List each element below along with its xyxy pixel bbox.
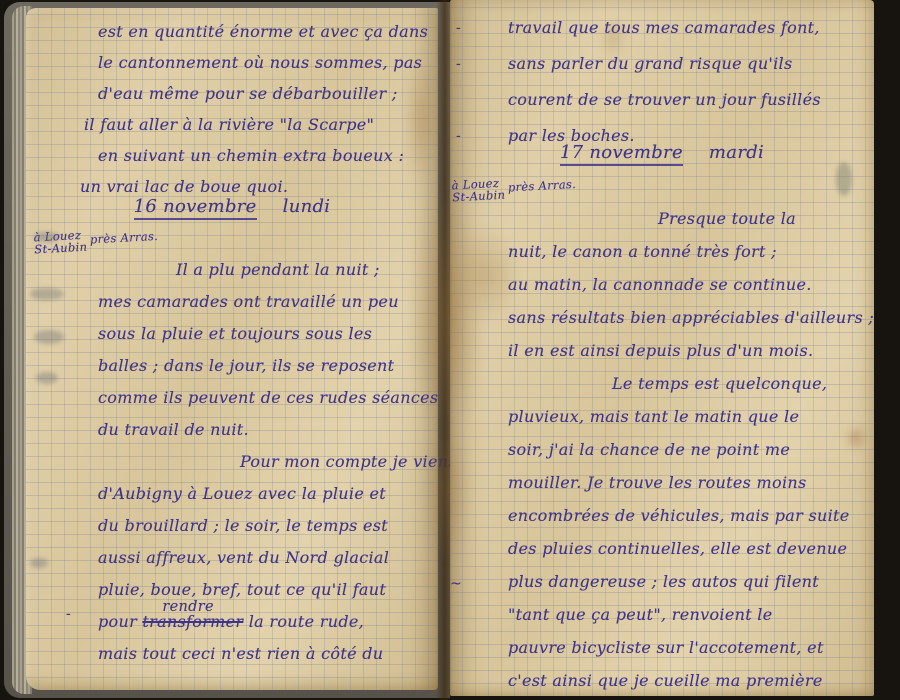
margin-tick: -: [66, 606, 71, 622]
handwritten-line: des pluies continuelles, elle est devenu…: [508, 532, 874, 565]
correction-line: pour rendre transformer la route rude,: [98, 606, 457, 638]
handwritten-line: d'Aubigny à Louez avec la pluie et: [98, 478, 457, 510]
entry-date: 16 novembre: [134, 196, 257, 220]
pencil-smudge: [30, 558, 48, 568]
handwritten-line: Presque toute la: [508, 202, 874, 235]
handwritten-line: plus dangereuse ; les autos qui filent: [508, 565, 874, 598]
left-paragraph-1: est en quantité énorme et avec ça dans l…: [98, 16, 428, 202]
handwritten-line: "tant que ça peut", renvoient le: [508, 598, 874, 631]
correction-group: rendre transformer: [142, 606, 243, 638]
margin-tick: -: [456, 20, 461, 36]
handwritten-line: sous la pluie et toujours sous les: [98, 318, 457, 350]
handwritten-line: du brouillard ; le soir, le temps est: [98, 510, 457, 542]
handwritten-line: aussi affreux, vent du Nord glacial: [98, 542, 457, 574]
pencil-smudge: [36, 372, 58, 384]
handwritten-line: est en quantité énorme et avec ça dans: [98, 16, 428, 47]
handwritten-line: Il a plu pendant la nuit ;: [98, 254, 457, 286]
entry-day: lundi: [283, 196, 331, 217]
handwritten-line: travail que tous mes camarades font,: [508, 10, 821, 46]
margin-note-line: St-Aubin: [34, 241, 88, 256]
pencil-smudge: [34, 232, 60, 242]
handwritten-line: courent de se trouver un jour fusillés: [508, 82, 821, 118]
margin-note-suffix: près Arras.: [508, 178, 577, 194]
handwritten-line: nuit, le canon a tonné très fort ;: [508, 235, 874, 268]
handwritten-line: d'eau même pour se débarbouiller ;: [98, 78, 428, 109]
handwritten-line: pluvieux, mais tant le matin que le: [508, 400, 874, 433]
right-page: travail que tous mes camarades font, san…: [450, 0, 874, 696]
water-stain: [455, 225, 519, 325]
handwritten-line: mouiller. Je trouve les routes moins: [508, 466, 874, 499]
handwritten-line: le cantonnement où nous sommes, pas: [98, 47, 428, 78]
margin-note-suffix: près Arras.: [90, 230, 159, 246]
handwritten-line: balles ; dans le jour, ils se reposent: [98, 350, 457, 382]
handwritten-line: sans parler du grand risque qu'ils: [508, 46, 821, 82]
water-stain: [404, 55, 438, 185]
right-paragraph-1: travail que tous mes camarades font, san…: [508, 10, 821, 154]
handwritten-line: pauvre bicycliste sur l'accotement, et: [508, 631, 874, 664]
right-body-text: Presque toute la nuit, le canon a tonné …: [508, 202, 874, 697]
entry-heading-16-november: 16 novembrelundi: [26, 196, 438, 217]
water-stain: [598, 18, 628, 58]
handwritten-line: il en est ainsi depuis plus d'un mois.: [508, 334, 874, 367]
margin-tick: -: [456, 128, 461, 144]
handwritten-line: c'est ainsi que je cueille ma première: [508, 664, 874, 697]
handwritten-line: sans résultats bien appréciables d'aille…: [508, 301, 874, 334]
handwritten-line: mes camarades ont travaillé un peu: [98, 286, 457, 318]
handwritten-line: mais tout ceci n'est rien à côté du: [98, 638, 457, 670]
entry-date: 17 novembre: [560, 142, 683, 166]
handwritten-line: Pour mon compte je viens: [98, 446, 457, 478]
entry-heading-17-november: 17 novembremardi: [450, 142, 874, 163]
handwritten-line: au matin, la canonnade se continue.: [508, 268, 874, 301]
pencil-smudge: [30, 288, 64, 300]
handwritten-line: Le temps est quelconque,: [508, 367, 874, 400]
correction-suffix: la route rude,: [249, 612, 364, 631]
margin-tick: -: [456, 56, 461, 72]
handwritten-line: il faut aller à la rivière "la Scarpe": [84, 109, 428, 140]
handwritten-line: du travail de nuit.: [98, 414, 457, 446]
pencil-smudge: [34, 330, 64, 344]
handwritten-line: pluie, boue, bref, tout ce qu'il faut: [98, 574, 457, 606]
left-page: est en quantité énorme et avec ça dans l…: [26, 8, 438, 690]
left-body-text: Il a plu pendant la nuit ; mes camarades…: [98, 254, 457, 670]
water-stain: [425, 415, 471, 565]
pencil-smudge: [836, 162, 852, 196]
correction-prefix: pour: [98, 612, 137, 631]
handwritten-line: soir, j'ai la chance de ne point me: [508, 433, 874, 466]
handwritten-line: encombrées de véhicules, mais par suite: [508, 499, 874, 532]
handwritten-line: en suivant un chemin extra boueux :: [98, 140, 428, 171]
handwritten-line: comme ils peuvent de ces rudes séances: [98, 382, 457, 414]
entry-day: mardi: [709, 142, 764, 163]
inserted-word: rendre: [162, 591, 213, 623]
rust-spot: [845, 425, 867, 451]
